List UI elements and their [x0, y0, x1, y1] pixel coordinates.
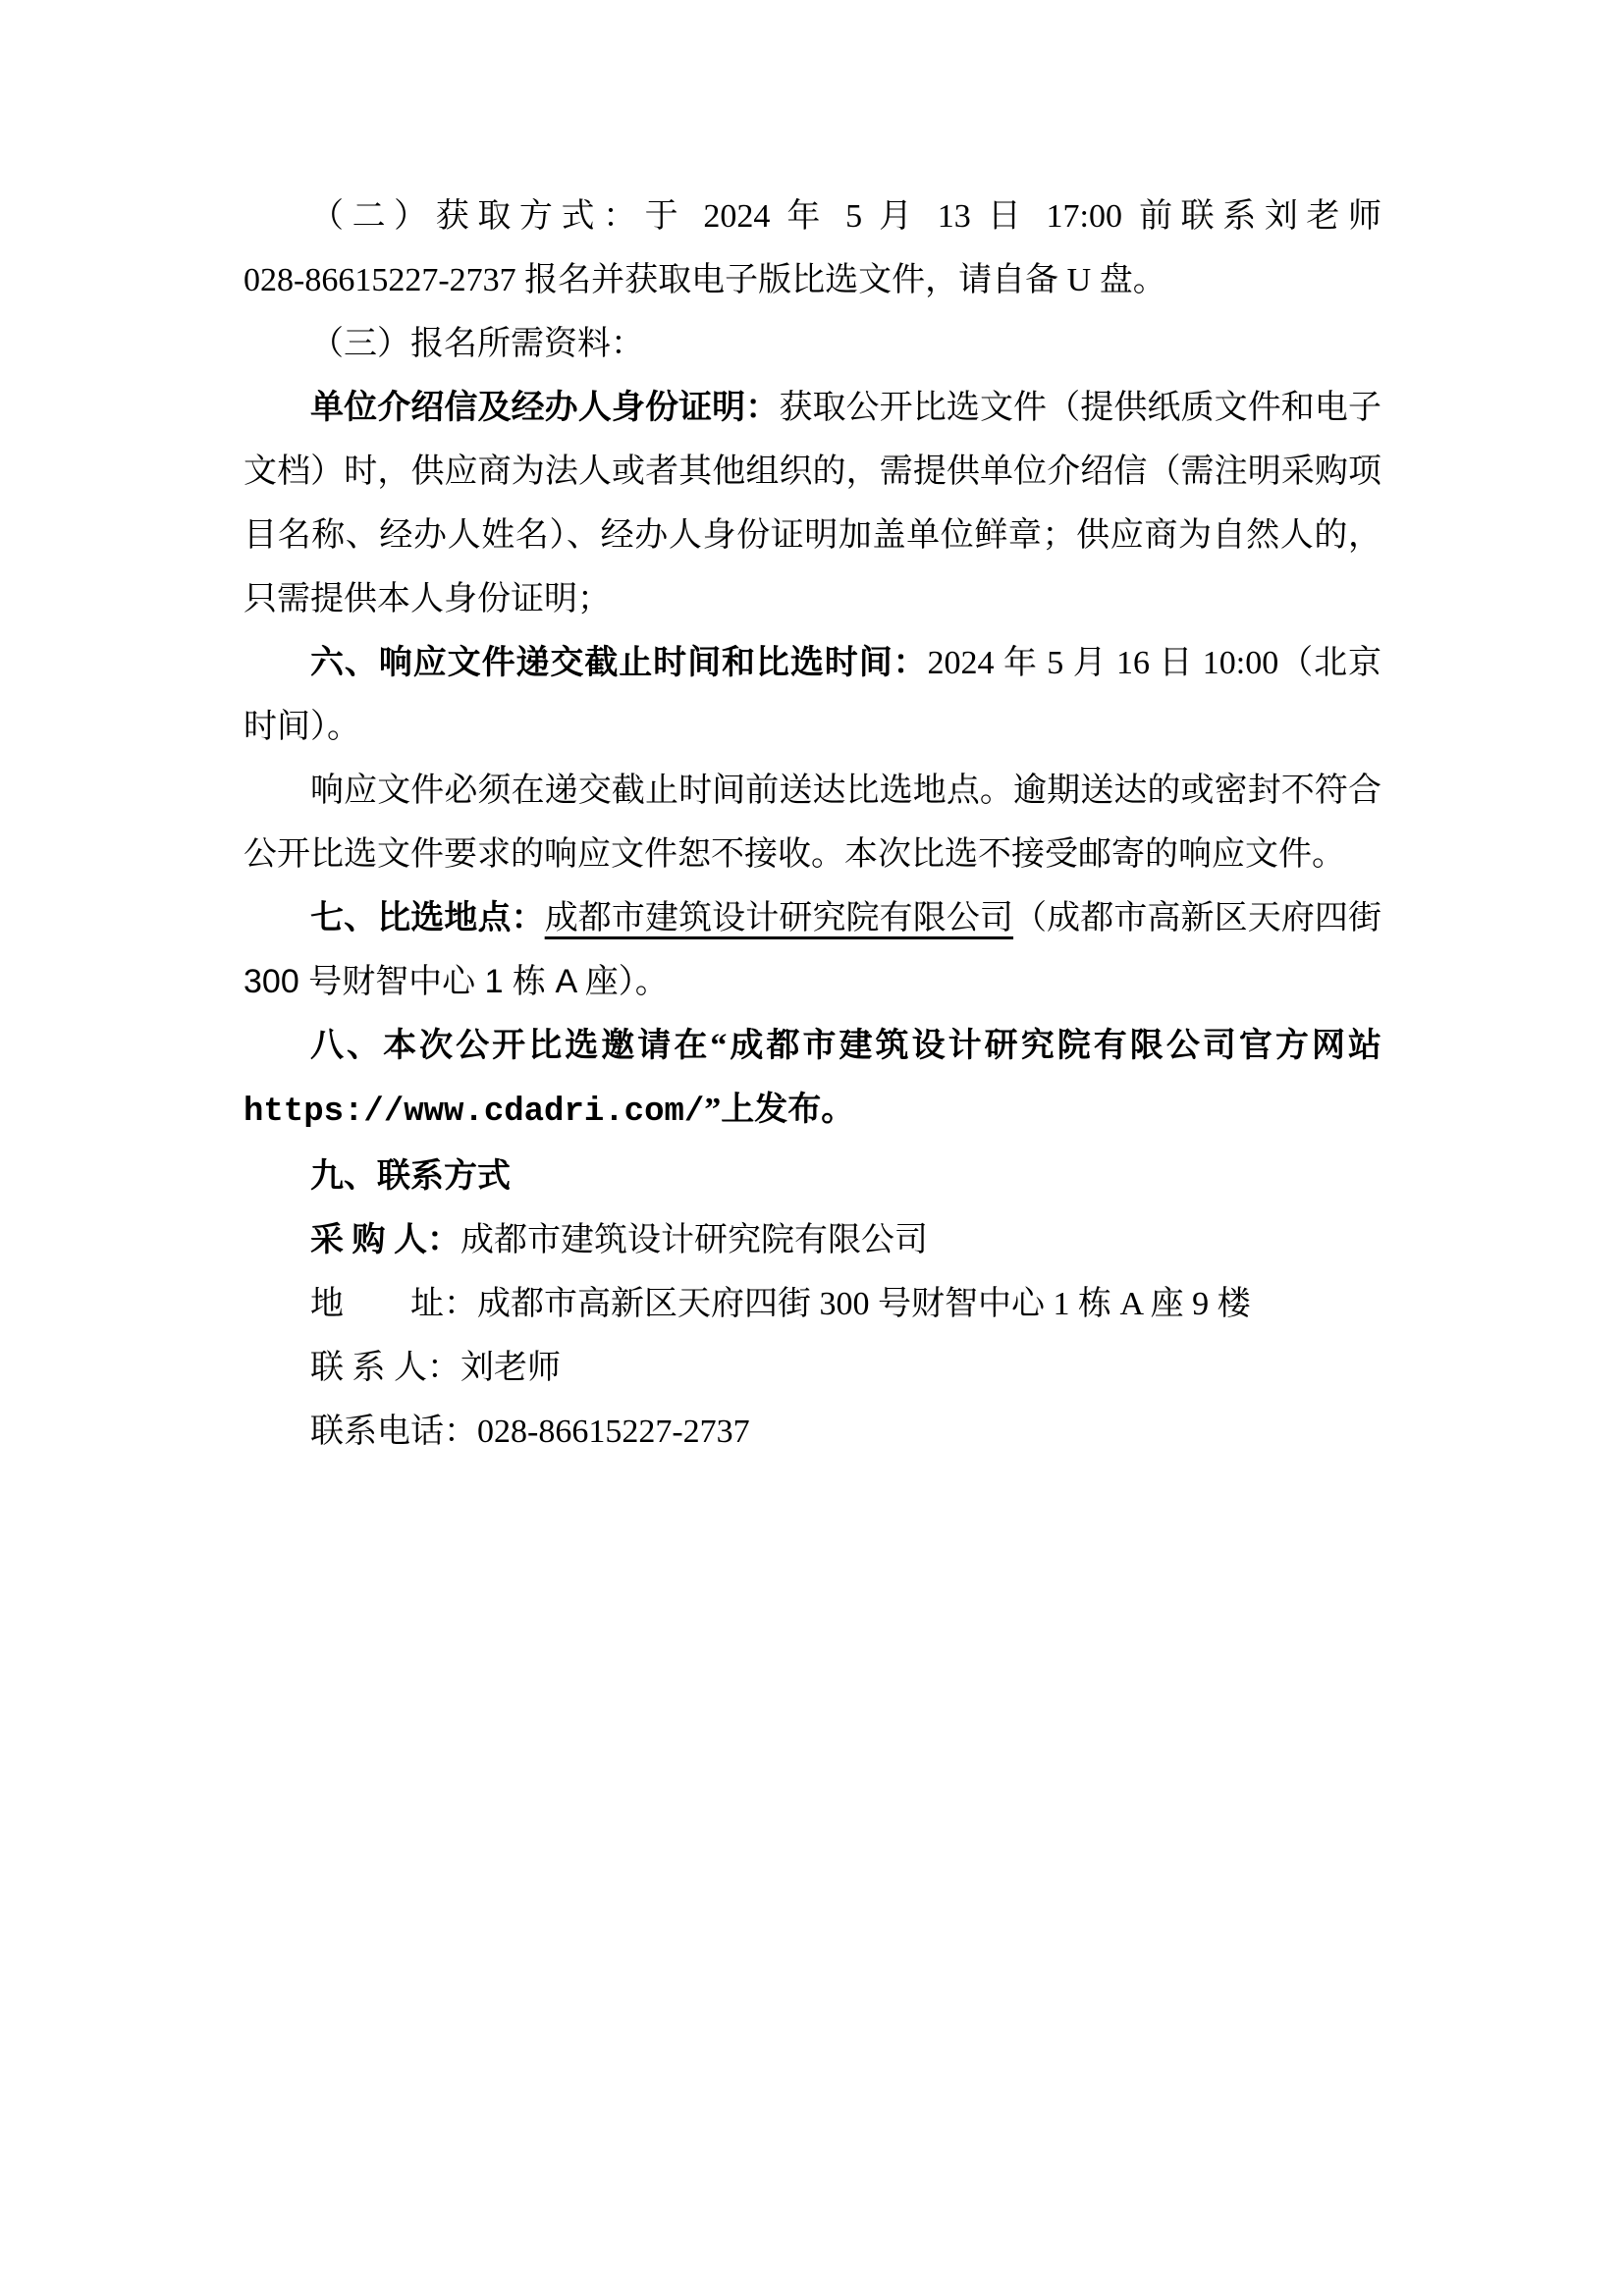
text-run: （成都市高新区天府四街: [1013, 900, 1381, 936]
tower-letter: A 座: [546, 963, 619, 1000]
clause-intro-letter-requirement: 单位介绍信及经办人身份证明：获取公开比选文件（提供纸质文件和电子文档）时，供应商…: [244, 376, 1381, 631]
contact-purchaser: 采 购 人：成都市建筑设计研究院有限公司: [244, 1208, 1381, 1272]
text-run: 八、本次公开比选邀请在“成都市建筑设计研究院有限公司官方网站: [310, 1028, 1381, 1064]
text-run: ）。: [619, 964, 669, 1000]
building-number: 1 栋: [475, 963, 546, 1000]
registration-phone-number: 028-86615227-2737: [244, 262, 516, 298]
clause-7-comparison-location: 七、比选地点：成都市建筑设计研究院有限公司（成都市高新区天府四街 300 号财智…: [244, 886, 1381, 1014]
contact-address: 地 址：成都市高新区天府四街 300 号财智中心 1 栋 A 座 9 楼: [244, 1272, 1381, 1336]
text-run: ”上发布。: [704, 1092, 854, 1128]
text-run: 响应文件必须在递交截止时间前送达比选地点。逾期送达的或密封不符合公开比选文件要求…: [244, 773, 1381, 873]
text-run: 报名并获取电子版比选文件，请自备 U 盘。: [516, 262, 1166, 298]
clause-8-publication: 八、本次公开比选邀请在“成都市建筑设计研究院有限公司官方网站https://ww…: [244, 1014, 1381, 1145]
clause-7-label: 七、比选地点：: [310, 900, 545, 936]
clause-6-delivery-note: 响应文件必须在递交截止时间前送达比选地点。逾期送达的或密封不符合公开比选文件要求…: [244, 759, 1381, 886]
organizer-name-underlined: 成都市建筑设计研究院有限公司: [545, 900, 1013, 936]
address-value: 成都市高新区天府四街 300 号财智中心 1 栋 A 座 9 楼: [477, 1286, 1251, 1322]
clause-6-label: 六、响应文件递交截止时间和比选时间：: [310, 645, 928, 681]
clause-2-acquisition-method: （二）获取方式：于 2024 年 5 月 13 日 17:00 前联系刘老师02…: [244, 185, 1381, 312]
text-run: （二）获取方式：于 2024 年 5 月 13 日 17:00 前联系刘老师: [310, 198, 1381, 235]
document-page: （二）获取方式：于 2024 年 5 月 13 日 17:00 前联系刘老师02…: [0, 0, 1624, 2296]
requirement-label: 单位介绍信及经办人身份证明：: [310, 390, 779, 426]
clause-6-deadline-and-comparison-time: 六、响应文件递交截止时间和比选时间：2024 年 5 月 16 日 10:00（…: [244, 631, 1381, 759]
address-label: 地 址：: [310, 1286, 477, 1322]
contact-person-label: 联 系 人：: [310, 1350, 460, 1386]
clause-9-contact-heading: 九、联系方式: [244, 1145, 1381, 1208]
purchaser-value: 成都市建筑设计研究院有限公司: [460, 1222, 928, 1258]
text-run: （三）报名所需资料：: [310, 326, 644, 362]
contact-phone-value: 028-86615227-2737: [477, 1414, 750, 1450]
contact-phone-label: 联系电话：: [310, 1414, 477, 1450]
contact-person: 联 系 人：刘老师: [244, 1336, 1381, 1400]
purchaser-label: 采 购 人：: [310, 1222, 460, 1258]
contact-phone: 联系电话：028-86615227-2737: [244, 1400, 1381, 1464]
clause-3-registration-materials-heading: （三）报名所需资料：: [244, 312, 1381, 376]
street-number: 300 号: [244, 963, 342, 1000]
contact-person-value: 刘老师: [460, 1350, 561, 1386]
text-run: 财智中心: [342, 964, 475, 1000]
document-body: （二）获取方式：于 2024 年 5 月 13 日 17:00 前联系刘老师02…: [244, 185, 1381, 1464]
website-url: https://www.cdadri.com/: [244, 1094, 704, 1131]
text-run: 九、联系方式: [310, 1158, 511, 1195]
